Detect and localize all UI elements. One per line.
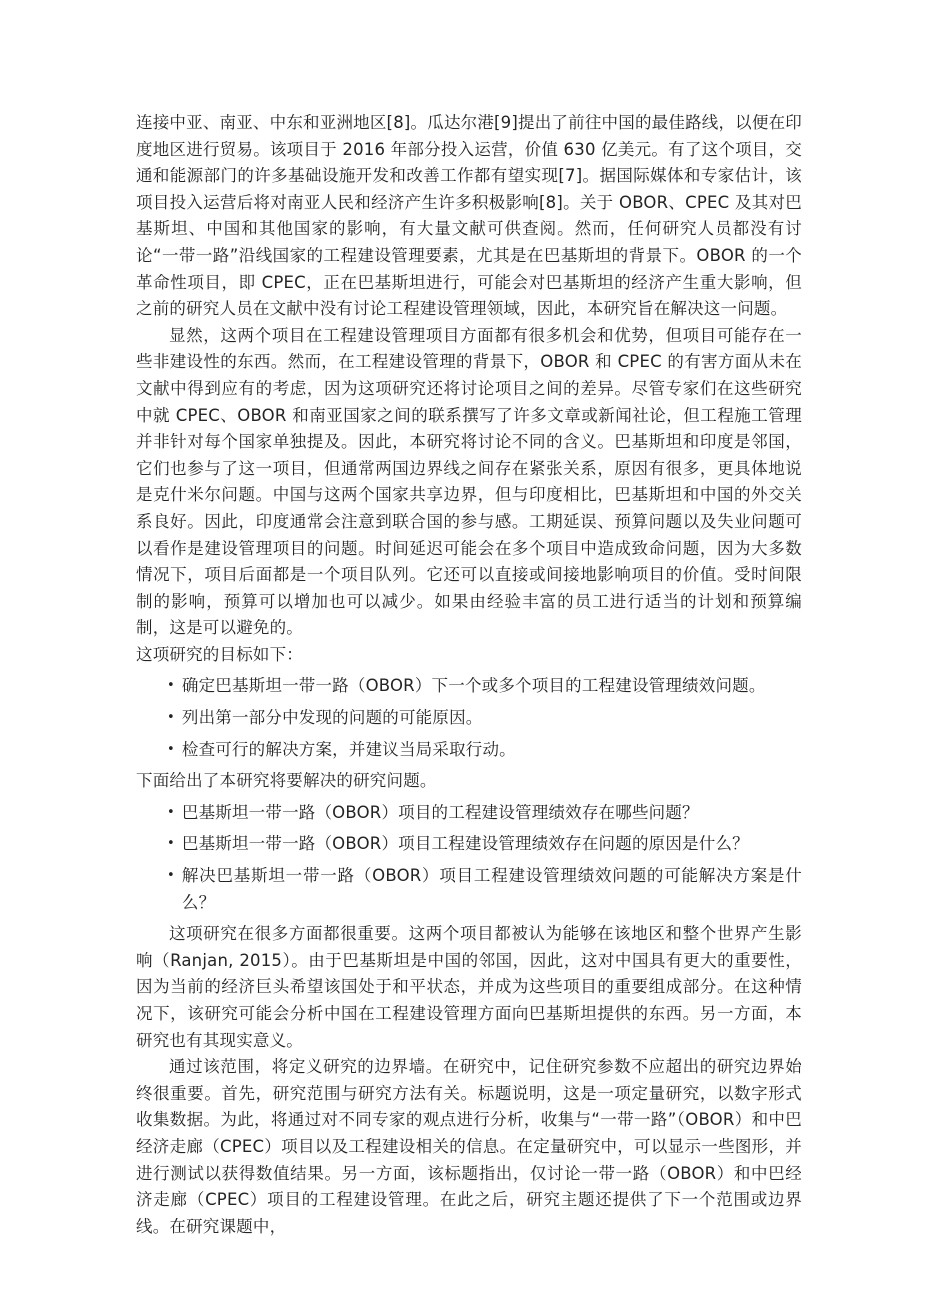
projects-discussion-paragraph: 显然，这两个项目在工程建设管理项目方面都有很多机会和优势，但项目可能存在一些非建… [136,323,802,642]
objective-item: • 检查可行的解决方案，并建议当局采取行动。 [136,737,802,764]
research-questions-intro: 下面给出了本研究将要解决的研究问题。 [136,768,802,795]
bullet-icon: • [167,800,175,827]
objectives-intro: 这项研究的目标如下： [136,642,802,669]
research-question-text: 巴基斯坦一带一路（OBOR）项目的工程建设管理绩效存在哪些问题？ [182,800,802,827]
opening-paragraph: 连接中亚、南亚、中东和亚洲地区[8]。瓜达尔港[9]提出了前往中国的最佳路线，以… [136,110,802,323]
research-question-text: 解决巴基斯坦一带一路（OBOR）项目工程建设管理绩效问题的可能解决方案是什么？ [182,863,802,916]
research-question-item: • 巴基斯坦一带一路（OBOR）项目工程建设管理绩效存在问题的原因是什么？ [136,831,802,858]
document-page: 连接中亚、南亚、中东和亚洲地区[8]。瓜达尔港[9]提出了前往中国的最佳路线，以… [0,0,926,1309]
bullet-icon: • [167,831,175,858]
bullet-icon: • [167,673,175,700]
objective-item-text: 确定巴基斯坦一带一路（OBOR）下一个或多个项目的工程建设管理绩效问题。 [182,673,802,700]
significance-paragraph: 这项研究在很多方面都很重要。这两个项目都被认为能够在该地区和整个世界产生影响（R… [136,921,802,1054]
objectives-list: • 确定巴基斯坦一带一路（OBOR）下一个或多个项目的工程建设管理绩效问题。 •… [136,673,802,763]
objective-item-text: 检查可行的解决方案，并建议当局采取行动。 [182,737,802,764]
bullet-icon: • [167,737,175,764]
objective-item: • 列出第一部分中发现的问题的可能原因。 [136,705,802,732]
research-questions-list: • 巴基斯坦一带一路（OBOR）项目的工程建设管理绩效存在哪些问题？ • 巴基斯… [136,800,802,916]
research-question-text: 巴基斯坦一带一路（OBOR）项目工程建设管理绩效存在问题的原因是什么？ [182,831,802,858]
document-content: 连接中亚、南亚、中东和亚洲地区[8]。瓜达尔港[9]提出了前往中国的最佳路线，以… [136,110,802,1240]
research-question-item: • 巴基斯坦一带一路（OBOR）项目的工程建设管理绩效存在哪些问题？ [136,800,802,827]
bullet-icon: • [167,705,175,732]
scope-paragraph: 通过该范围，将定义研究的边界墙。在研究中，记住研究参数不应超出的研究边界始终很重… [136,1054,802,1240]
objective-item: • 确定巴基斯坦一带一路（OBOR）下一个或多个项目的工程建设管理绩效问题。 [136,673,802,700]
research-question-item: • 解决巴基斯坦一带一路（OBOR）项目工程建设管理绩效问题的可能解决方案是什么… [136,863,802,916]
objective-item-text: 列出第一部分中发现的问题的可能原因。 [182,705,802,732]
bullet-icon: • [167,863,175,890]
